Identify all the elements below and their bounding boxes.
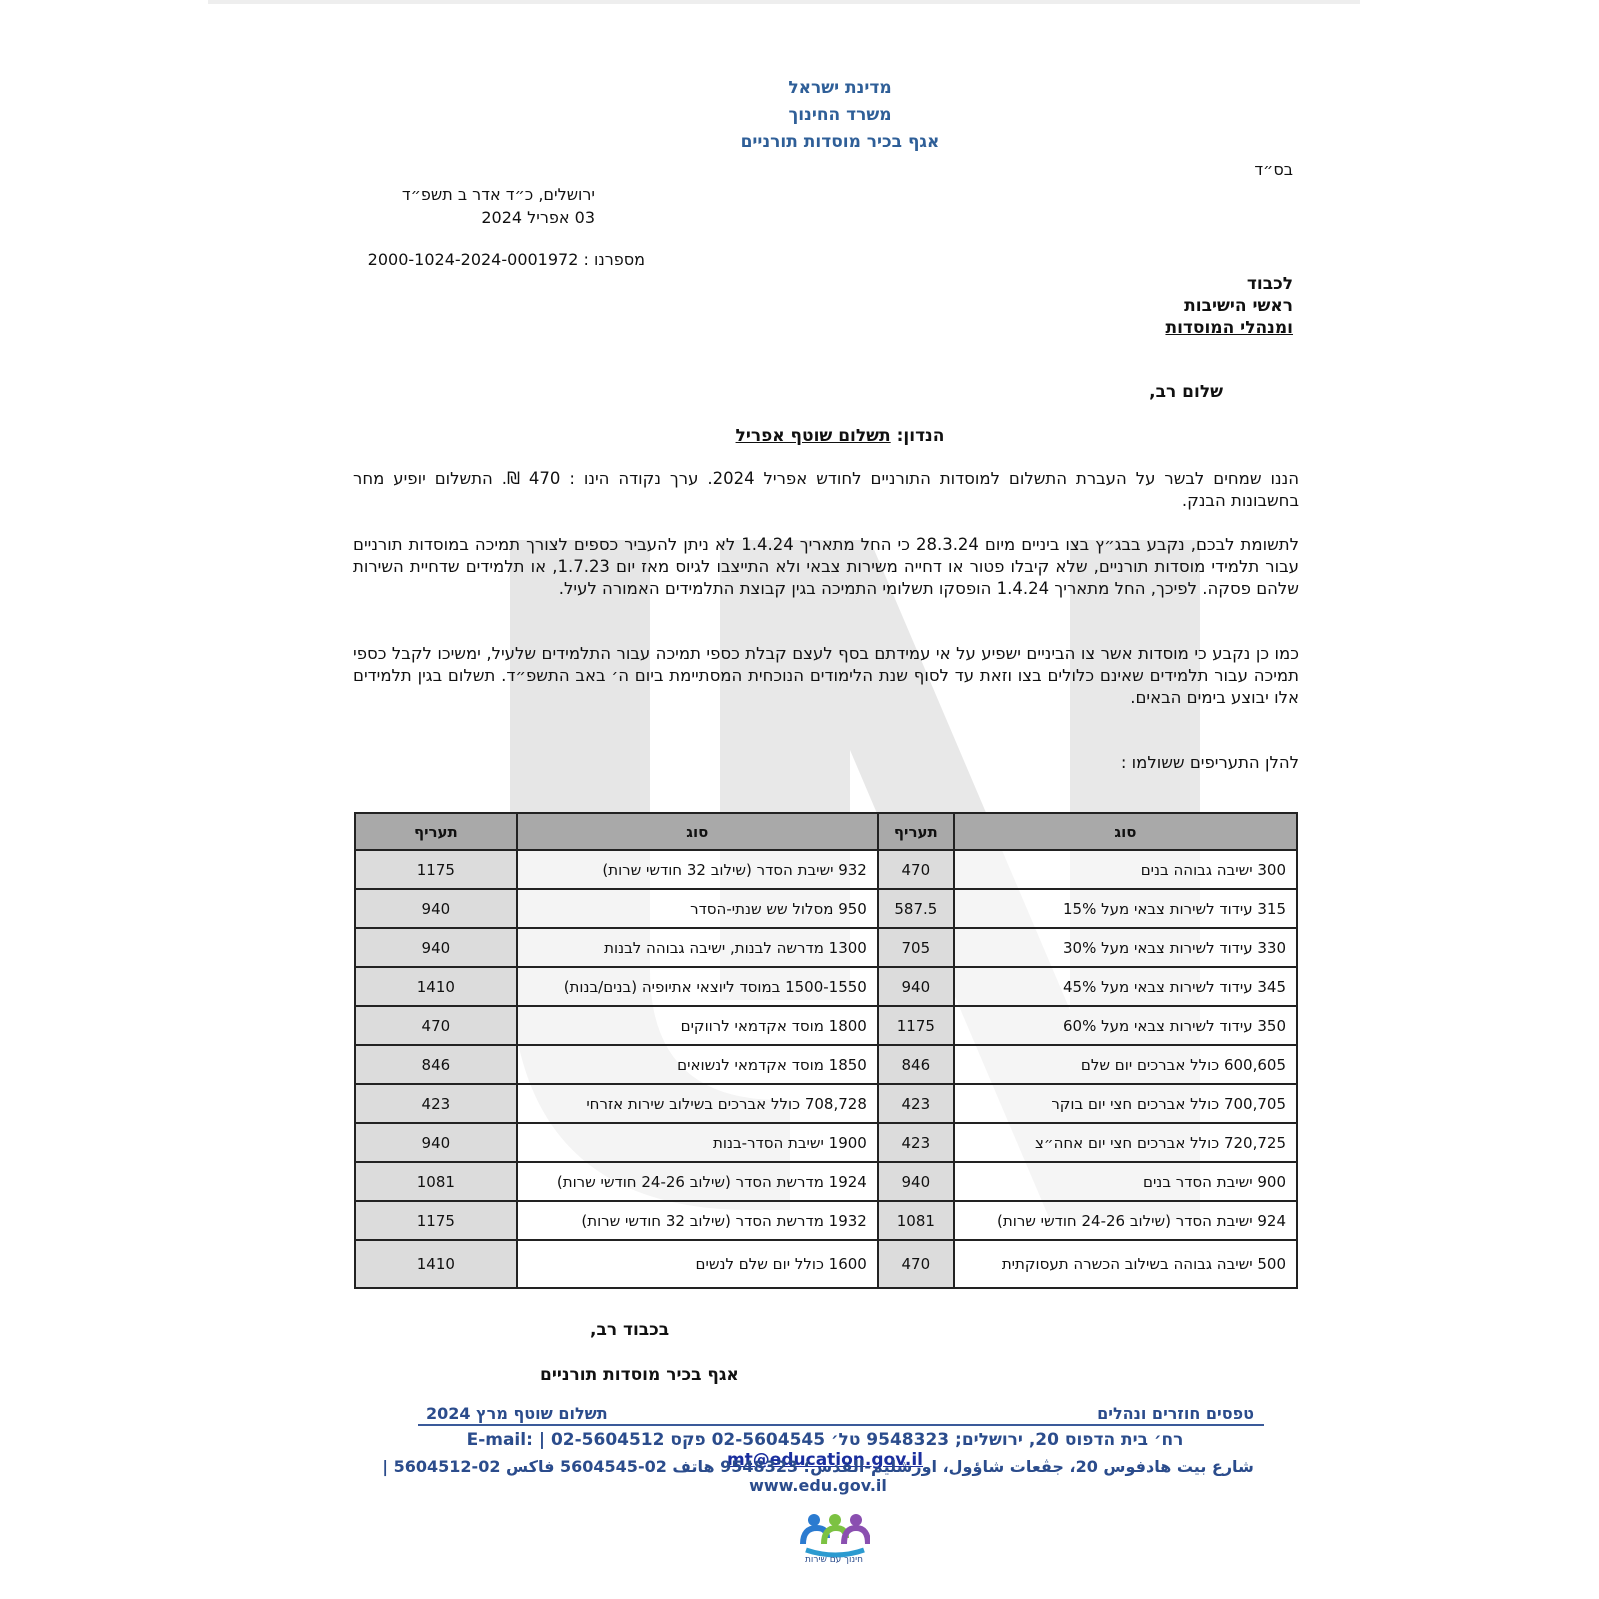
page-top-edge	[208, 0, 1360, 4]
header-rate-b: תעריף	[355, 813, 517, 850]
cell-type: 950 מסלול שש שנתי-הסדר	[517, 889, 878, 928]
rates-table-body: 300 ישיבה גבוהה בנים470932 ישיבת הסדר (ש…	[355, 850, 1297, 1288]
table-row: 300 ישיבה גבוהה בנים470932 ישיבת הסדר (ש…	[355, 850, 1297, 889]
cell-rate: 705	[878, 928, 954, 967]
signer: אגף בכיר מוסדות תורניים	[540, 1365, 739, 1385]
reference-number: מספרנו : 2000-1024-2024-0001972	[355, 250, 645, 269]
header-type-a: סוג	[954, 813, 1297, 850]
cell-type: 1850 מוסד אקדמאי לנשואים	[517, 1045, 878, 1084]
letterhead-line-2: משרד החינוך	[560, 105, 1120, 125]
cell-type: 300 ישיבה גבוהה בנים	[954, 850, 1297, 889]
cell-rate: 940	[355, 889, 517, 928]
table-row: 500 ישיבה גבוהה בשילוב הכשרה תעסוקתית470…	[355, 1240, 1297, 1288]
cell-type: 700,705 כולל אברכים חצי יום בוקר	[954, 1084, 1297, 1123]
letterhead-line-3: אגף בכיר מוסדות תורניים	[560, 132, 1120, 152]
recipients-block: לכבוד ראשי הישיבות ומנהלי המוסדות	[1165, 273, 1293, 339]
hebrew-date: ירושלים, כ״ד אדר ב תשפ״ד	[355, 183, 595, 206]
cell-type: 1500-1550 במוסד ליוצאי אתיופיה (בנים/בנו…	[517, 967, 878, 1006]
footer-contact-arabic: شارع بيت هادفوس 20، جڤعات شاؤول، اورشليم…	[368, 1457, 1268, 1495]
cell-rate: 940	[878, 1162, 954, 1201]
cell-type: 500 ישיבה גבוהה בשילוב הכשרה תעסוקתית	[954, 1240, 1297, 1288]
cell-rate: 1410	[355, 967, 517, 1006]
cell-rate: 1410	[355, 1240, 517, 1288]
letterhead-line-1: מדינת ישראל	[560, 78, 1120, 98]
footer-address-hebrew: רח׳ בית הדפוס 20, ירושלים; 9548323 טל׳ 0…	[539, 1430, 1184, 1450]
table-row: 720,725 כולל אברכים חצי יום אחה״צ4231900…	[355, 1123, 1297, 1162]
cell-rate: 1175	[355, 1201, 517, 1240]
bsd-mark: בס״ד	[1254, 160, 1293, 179]
paragraph-threshold: כמו כן נקבע כי מוסדות אשר צו הביניים ישפ…	[353, 643, 1299, 709]
cell-type: 924 ישיבת הסדר (שילוב 24-26 חודשי שרות)	[954, 1201, 1297, 1240]
table-row: 330 עידוד לשירות צבאי מעל 30%7051300 מדר…	[355, 928, 1297, 967]
paragraph-court-order: לתשומת לבכם, נקבע בבג״ץ בצו ביניים מיום …	[353, 534, 1299, 600]
footer-email-label: E-mail:	[467, 1430, 533, 1450]
cell-type: 345 עידוד לשירות צבאי מעל 45%	[954, 967, 1297, 1006]
header-rate-a: תעריף	[878, 813, 954, 850]
cell-rate: 470	[878, 850, 954, 889]
table-row: 700,705 כולל אברכים חצי יום בוקר423708,7…	[355, 1084, 1297, 1123]
table-row: 924 ישיבת הסדר (שילוב 24-26 חודשי שרות)1…	[355, 1201, 1297, 1240]
recipient-line-1: לכבוד	[1165, 273, 1293, 295]
cell-type: 932 ישיבת הסדר (שילוב 32 חודשי שרות)	[517, 850, 878, 889]
footer-forms-link[interactable]: טפסים חוזרים ונהלים	[1097, 1404, 1254, 1423]
cell-type: 1932 מדרשת הסדר (שילוב 32 חודשי שרות)	[517, 1201, 878, 1240]
cell-type: 1300 מדרשה לבנות, ישיבה גבוהה לבנות	[517, 928, 878, 967]
date-block: ירושלים, כ״ד אדר ב תשפ״ד 03 אפריל 2024	[355, 183, 595, 229]
cell-rate: 470	[355, 1006, 517, 1045]
footer-links-row: טפסים חוזרים ונהלים תשלום שוטף מרץ 2024	[418, 1404, 1264, 1426]
rates-table: סוג תעריף סוג תעריף 300 ישיבה גבוהה בנים…	[354, 812, 1298, 1289]
cell-rate: 1081	[355, 1162, 517, 1201]
cell-rate: 1175	[878, 1006, 954, 1045]
subject-label: הנדון:	[897, 426, 945, 446]
footer-address-arabic: شارع بيت هادفوس 20، جڤعات شاؤول، اورشليم…	[382, 1457, 1254, 1476]
cell-type: 1600 כולל יום שלם לנשים	[517, 1240, 878, 1288]
cell-type: 1900 ישיבת הסדר-בנות	[517, 1123, 878, 1162]
cell-type: 600,605 כולל אברכים יום שלם	[954, 1045, 1297, 1084]
cell-type: 1924 מדרשת הסדר (שילוב 24-26 חודשי שרות)	[517, 1162, 878, 1201]
gregorian-date: 03 אפריל 2024	[355, 206, 595, 229]
footer-payment-link[interactable]: תשלום שוטף מרץ 2024	[426, 1404, 608, 1423]
paragraph-rates-intro: להלן התעריפים ששולמו :	[353, 752, 1299, 774]
recipient-line-3: ומנהלי המוסדות	[1165, 317, 1293, 339]
cell-rate: 1175	[355, 850, 517, 889]
cell-rate: 846	[355, 1045, 517, 1084]
cell-rate: 587.5	[878, 889, 954, 928]
table-row: 315 עידוד לשירות צבאי מעל 15%587.5950 מס…	[355, 889, 1297, 928]
cell-type: 330 עידוד לשירות צבאי מעל 30%	[954, 928, 1297, 967]
cell-rate: 423	[878, 1084, 954, 1123]
cell-rate: 1081	[878, 1201, 954, 1240]
recipient-line-2: ראשי הישיבות	[1165, 295, 1293, 317]
table-row: 350 עידוד לשירות צבאי מעל 60%11751800 מו…	[355, 1006, 1297, 1045]
cell-rate: 940	[355, 928, 517, 967]
cell-type: 720,725 כולל אברכים חצי יום אחה״צ	[954, 1123, 1297, 1162]
table-row: 900 ישיבת הסדר בנים9401924 מדרשת הסדר (ש…	[355, 1162, 1297, 1201]
subject-line: הנדון: תשלום שוטף אפריל	[560, 426, 1120, 446]
table-row: 345 עידוד לשירות צבאי מעל 45%9401500-155…	[355, 967, 1297, 1006]
cell-rate: 423	[355, 1084, 517, 1123]
cell-rate: 470	[878, 1240, 954, 1288]
closing-salutation: בכבוד רב,	[590, 1320, 669, 1340]
table-header-row: סוג תעריף סוג תעריף	[355, 813, 1297, 850]
cell-type: 350 עידוד לשירות צבאי מעל 60%	[954, 1006, 1297, 1045]
cell-type: 315 עידוד לשירות צבאי מעל 15%	[954, 889, 1297, 928]
cell-rate: 423	[878, 1123, 954, 1162]
cell-rate: 940	[355, 1123, 517, 1162]
cell-rate: 846	[878, 1045, 954, 1084]
cell-type: 900 ישיבת הסדר בנים	[954, 1162, 1297, 1201]
paragraph-payment-notice: הננו שמחים לבשר על העברת התשלום למוסדות …	[353, 468, 1299, 512]
cell-rate: 940	[878, 967, 954, 1006]
header-type-b: סוג	[517, 813, 878, 850]
greeting: שלום רב,	[1149, 382, 1223, 402]
footer-website[interactable]: www.edu.gov.il	[749, 1476, 887, 1495]
cell-type: 708,728 כולל אברכים בשילוב שירות אזרחי	[517, 1084, 878, 1123]
table-row: 600,605 כולל אברכים יום שלם8461850 מוסד …	[355, 1045, 1297, 1084]
logo-caption: חינוך עם שירות	[798, 1555, 870, 1565]
cell-type: 1800 מוסד אקדמאי לרווקים	[517, 1006, 878, 1045]
subject-text: תשלום שוטף אפריל	[736, 426, 891, 446]
